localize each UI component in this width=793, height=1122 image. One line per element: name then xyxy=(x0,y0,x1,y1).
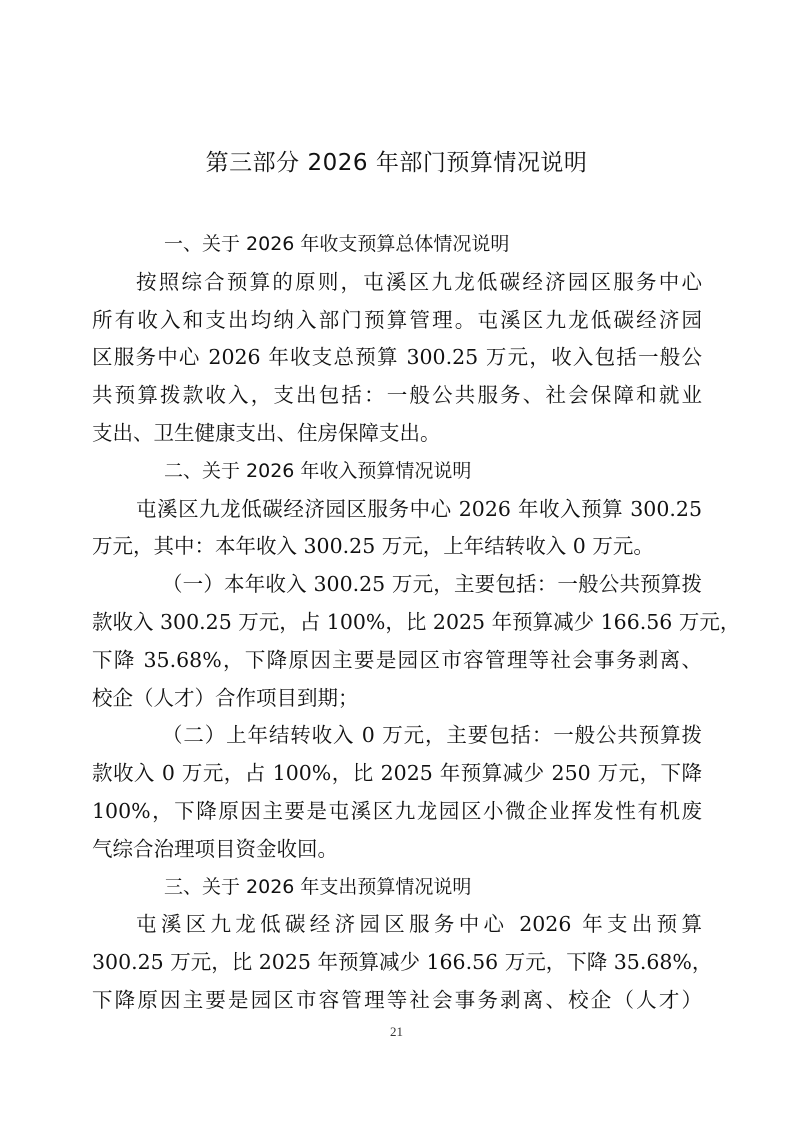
section-heading-2: 二、关于 2026 年收入预算情况说明 xyxy=(92,453,702,491)
paragraph-line: 校企（人才）合作项目到期； xyxy=(92,680,702,718)
document-body: 一、关于 2026 年收支预算总体情况说明 按照综合预算的原则，屯溪区九龙低碳经… xyxy=(92,226,702,1020)
paragraph-line: 按照综合预算的原则，屯溪区九龙低碳经济园区服务中心 xyxy=(92,264,702,302)
paragraph-line: 款收入 300.25 万元，占 100%，比 2025 年预算减少 166.56… xyxy=(92,604,702,642)
paragraph-line: 所有收入和支出均纳入部门预算管理。屯溪区九龙低碳经济园 xyxy=(92,302,702,340)
paragraph-line: 区服务中心 2026 年收支总预算 300.25 万元，收入包括一般公 xyxy=(92,339,702,377)
section-heading-3: 三、关于 2026 年支出预算情况说明 xyxy=(92,869,702,907)
paragraph-line: 款收入 0 万元，占 100%，比 2025 年预算减少 250 万元，下降 xyxy=(92,755,702,793)
paragraph-line: 支出、卫生健康支出、住房保障支出。 xyxy=(92,415,702,453)
page-number: 21 xyxy=(0,1024,793,1040)
paragraph-line: 300.25 万元，比 2025 年预算减少 166.56 万元，下降 35.6… xyxy=(92,944,702,982)
paragraph-line: 下降 35.68%，下降原因主要是园区市容管理等社会事务剥离、 xyxy=(92,642,702,680)
document-page: 第三部分 2026 年部门预算情况说明 一、关于 2026 年收支预算总体情况说… xyxy=(0,0,793,1122)
section-heading-1: 一、关于 2026 年收支预算总体情况说明 xyxy=(92,226,702,264)
paragraph-line: （二）上年结转收入 0 万元，主要包括：一般公共预算拨 xyxy=(92,717,702,755)
paragraph-line: 下降原因主要是园区市容管理等社会事务剥离、校企（人才） xyxy=(92,982,702,1020)
paragraph-line: 屯溪区九龙低碳经济园区服务中心 2026 年支出预算 xyxy=(92,906,702,944)
paragraph-line: 气综合治理项目资金收回。 xyxy=(92,831,702,869)
paragraph-line: 共预算拨款收入，支出包括：一般公共服务、社会保障和就业 xyxy=(92,377,702,415)
page-title: 第三部分 2026 年部门预算情况说明 xyxy=(0,144,793,177)
paragraph-line: 屯溪区九龙低碳经济园区服务中心 2026 年收入预算 300.25 xyxy=(92,491,702,529)
paragraph-line: 100%，下降原因主要是屯溪区九龙园区小微企业挥发性有机废 xyxy=(92,793,702,831)
paragraph-line: 万元，其中：本年收入 300.25 万元，上年结转收入 0 万元。 xyxy=(92,528,702,566)
paragraph-line: （一）本年收入 300.25 万元，主要包括：一般公共预算拨 xyxy=(92,566,702,604)
